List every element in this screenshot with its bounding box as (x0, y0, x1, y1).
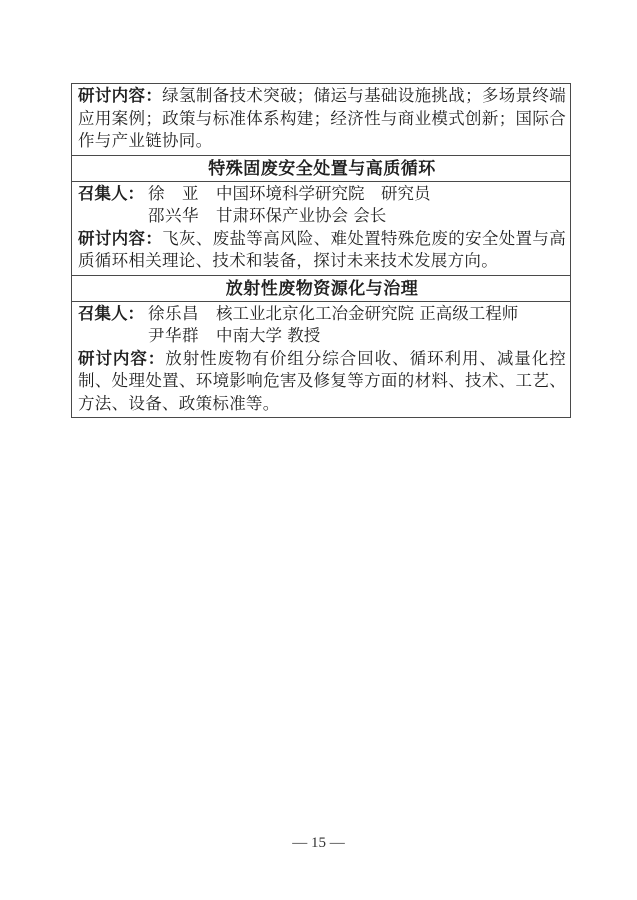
section-title: 放射性废物资源化与治理 (72, 275, 570, 301)
section-body: 召集人： 徐 亚 中国环境科学研究院 研究员 邵兴华 甘肃环保产业协会 会长 研… (72, 181, 570, 275)
convener-org: 中国环境科学研究院 研究员 (216, 183, 431, 206)
convener-org: 核工业北京化工冶金研究院 正高级工程师 (216, 303, 518, 326)
convener-line: 邵兴华 甘肃环保产业协会 会长 (78, 205, 566, 228)
convener-label: 召集人： (78, 303, 148, 326)
convener-label-spacer (78, 325, 148, 348)
research-paragraph: 研讨内容：绿氢制备技术突破；储运与基础设施挑战；多场景终端应用案例；政策与标准体… (78, 85, 566, 153)
section-title: 特殊固废安全处置与高质循环 (72, 155, 570, 181)
convener-line: 召集人： 徐乐昌 核工业北京化工冶金研究院 正高级工程师 (78, 303, 566, 326)
convener-org: 甘肃环保产业协会 会长 (216, 205, 386, 228)
convener-label: 召集人： (78, 183, 148, 206)
convener-label-spacer (78, 205, 148, 228)
convener-name: 徐 亚 (148, 183, 216, 206)
section-body: 召集人： 徐乐昌 核工业北京化工冶金研究院 正高级工程师 尹华群 中南大学 教授… (72, 301, 570, 418)
convener-name: 徐乐昌 (148, 303, 216, 326)
research-label: 研讨内容： (78, 349, 165, 368)
convener-line: 尹华群 中南大学 教授 (78, 325, 566, 348)
research-content-row: 研讨内容：绿氢制备技术突破；储运与基础设施挑战；多场景终端应用案例；政策与标准体… (72, 84, 570, 155)
forum-table: 研讨内容：绿氢制备技术突破；储运与基础设施挑战；多场景终端应用案例；政策与标准体… (71, 83, 571, 418)
research-paragraph: 研讨内容：放射性废物有价组分综合回收、循环利用、减量化控制、处理处置、环境影响危… (78, 348, 566, 416)
convener-org: 中南大学 教授 (216, 325, 320, 348)
research-label: 研讨内容： (78, 229, 162, 248)
convener-name: 邵兴华 (148, 205, 216, 228)
research-paragraph: 研讨内容：飞灰、废盐等高风险、难处置特殊危废的安全处置与高质循环相关理论、技术和… (78, 228, 566, 273)
convener-line: 召集人： 徐 亚 中国环境科学研究院 研究员 (78, 183, 566, 206)
research-label: 研讨内容： (78, 86, 162, 105)
convener-name: 尹华群 (148, 325, 216, 348)
page-number: — 15 — (0, 835, 637, 852)
